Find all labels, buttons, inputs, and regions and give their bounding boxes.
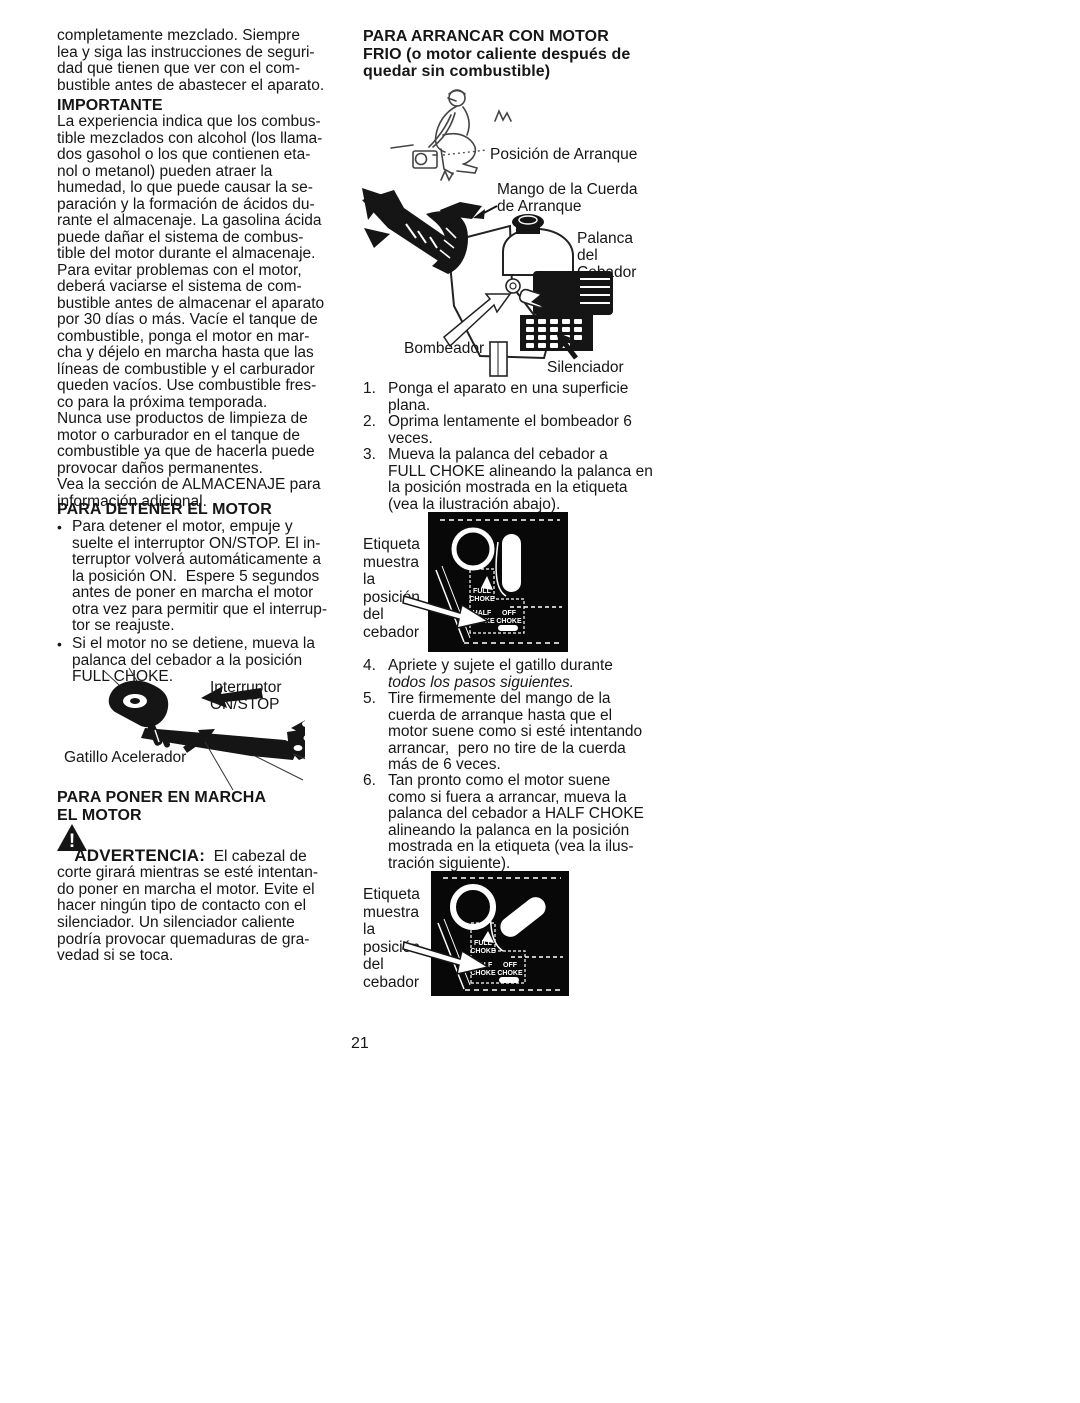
caption-arrow xyxy=(402,938,492,978)
bullet-text: Para detener el motor, empuje y suelte e… xyxy=(72,519,327,635)
svg-text:CHOKE: CHOKE xyxy=(496,618,522,625)
importante-heading: IMPORTANTE xyxy=(57,97,163,115)
step-4: 4. Apriete y sujete el gatillo duranteto… xyxy=(363,658,655,691)
step-number: 3. xyxy=(363,447,388,513)
step-number: 4. xyxy=(363,658,388,691)
svg-text:CHOKE: CHOKE xyxy=(497,970,523,977)
step-text: Apriete y sujete el gatillo durantetodos… xyxy=(388,658,613,691)
step-number: 6. xyxy=(363,773,388,872)
interruptor-onstop-label: Interruptor ON/STOP xyxy=(210,679,282,713)
step-1: 1. Ponga el aparato en una superficie pl… xyxy=(363,381,655,414)
bullet-marker: • xyxy=(57,519,72,635)
step-5: 5. Tire firmemente del mango de la cuerd… xyxy=(363,691,655,774)
step-text: Ponga el aparato en una superficie plana… xyxy=(388,381,628,414)
step-text-italic: todos los pasos siguientes. xyxy=(388,674,574,691)
step-text: Oprima lentamente el bombeador 6 veces. xyxy=(388,414,632,447)
step-text: Tire firmemente del mango de la cuerda d… xyxy=(388,691,642,774)
warning-text: El cabezal de corte girará mientras se e… xyxy=(57,848,318,965)
gatillo-acelerador-label: Gatillo Acelerador xyxy=(64,749,186,766)
detener-heading: PARA DETENER EL MOTOR xyxy=(57,501,272,519)
poner-en-marcha-heading: PARA PONER EN MARCHA EL MOTOR xyxy=(57,789,266,824)
page-number: 21 xyxy=(351,1035,369,1053)
manual-page: completamente mezclado. Siempre lea y si… xyxy=(0,0,1080,1403)
arrancar-heading: PARA ARRANCAR CON MOTOR FRIO (o motor ca… xyxy=(363,28,658,81)
step-number: 2. xyxy=(363,414,388,447)
step-3: 3. Mueva la palanca del cebador a FULL C… xyxy=(363,447,655,513)
importante-paragraph: La experiencia indica que los combus- ti… xyxy=(57,114,362,510)
svg-text:OFF: OFF xyxy=(503,962,518,969)
silenciador-label: Silenciador xyxy=(547,359,624,376)
caption-arrow xyxy=(402,592,492,632)
starting-position-illustration xyxy=(385,85,535,190)
step-text: Tan pronto como el motor suene como si f… xyxy=(388,773,644,872)
step-2: 2. Oprima lentamente el bombeador 6 vece… xyxy=(363,414,655,447)
step-text: Mueva la palanca del cebador a FULL CHOK… xyxy=(388,447,653,513)
bombeador-label: Bombeador xyxy=(404,340,484,357)
step-number: 5. xyxy=(363,691,388,774)
posicion-arranque-label: Posición de Arranque xyxy=(490,146,637,163)
svg-text:OFF: OFF xyxy=(502,610,517,617)
warning-label: ADVERTENCIA: xyxy=(74,846,205,865)
step-number: 1. xyxy=(363,381,388,414)
palanca-cebador-label: Palanca del Cebador xyxy=(577,230,636,281)
intro-paragraph: completamente mezclado. Siempre lea y si… xyxy=(57,28,362,94)
step-6: 6. Tan pronto como el motor suene como s… xyxy=(363,773,655,872)
warning-paragraph: ADVERTENCIA: El cabezal de corte girará … xyxy=(57,831,359,981)
bullet-item: • Para detener el motor, empuje y suelte… xyxy=(57,519,362,635)
